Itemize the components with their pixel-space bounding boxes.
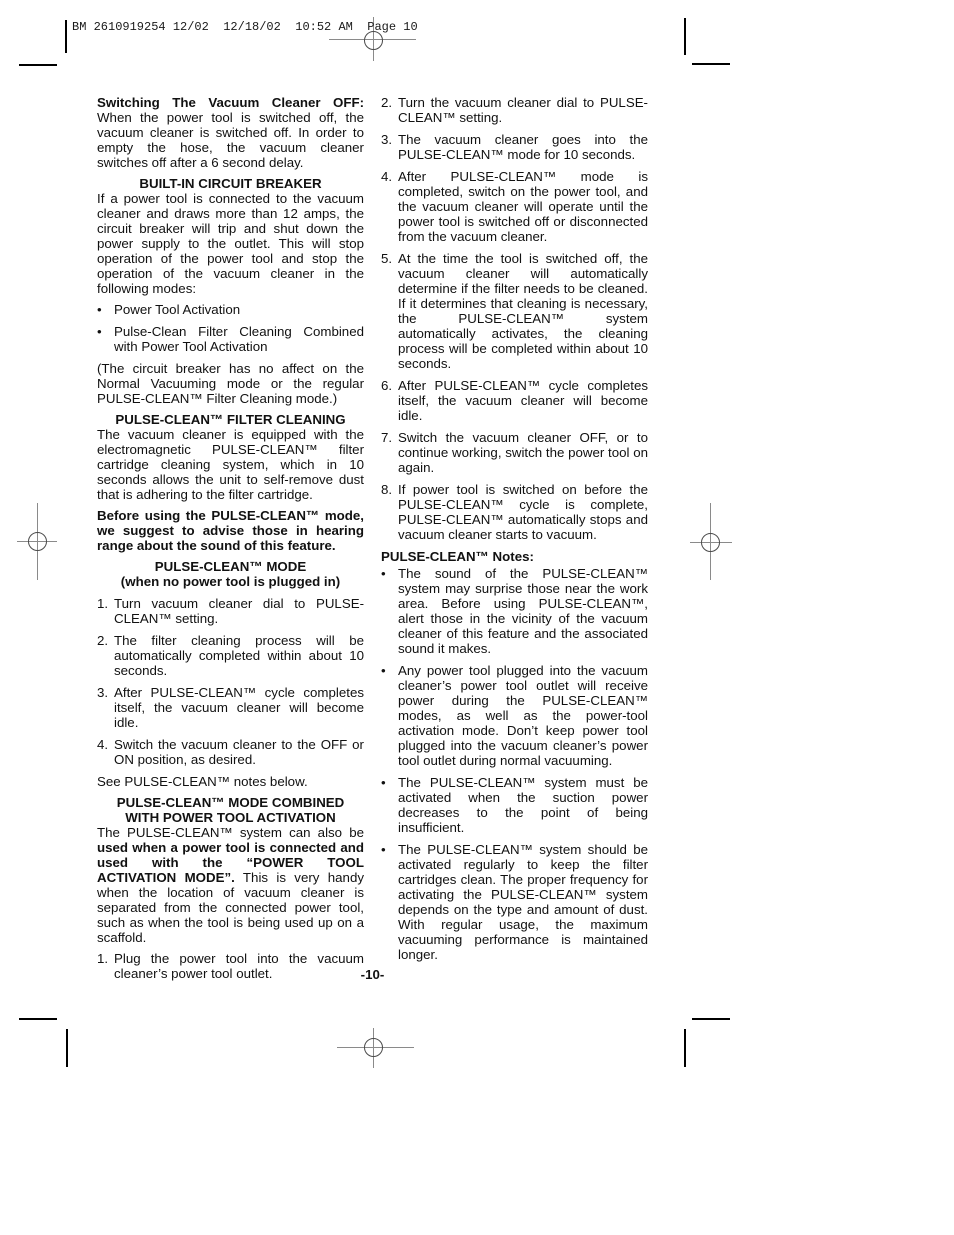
heading-pulse-clean-filter-cleaning: PULSE-CLEAN™ FILTER CLEANING	[97, 412, 364, 427]
manual-page: BM 2610919254 12/02 12/18/02 10:52 AM Pa…	[0, 0, 954, 1235]
step-item: 2. Turn the vacuum cleaner dial to PULSE…	[381, 95, 648, 125]
crop-mark-bottom-left-vertical	[66, 1029, 68, 1067]
bullet-icon: •	[381, 663, 398, 768]
paragraph-warning-hearing: Before using the PULSE-CLEAN™ mode, we s…	[97, 508, 364, 553]
bullet-icon: •	[97, 302, 114, 317]
paragraph-mode-combined: The PULSE-CLEAN™ system can also be used…	[97, 825, 364, 945]
note-bullet-item: • The PULSE-CLEAN™ system must be activa…	[381, 775, 648, 835]
note-bullet-item: • Any power tool plugged into the vacuum…	[381, 663, 648, 768]
crop-mark-top-right-horizontal	[692, 63, 730, 65]
step-item: 5. At the time the tool is switched off,…	[381, 251, 648, 371]
step-number: 4.	[97, 737, 114, 767]
step-item: 8. If power tool is switched on before t…	[381, 482, 648, 542]
step-number: 6.	[381, 378, 398, 423]
step-number: 2.	[381, 95, 398, 125]
crop-mark-top-right-vertical	[684, 18, 686, 55]
step-number: 1.	[97, 596, 114, 626]
note-bullet-item: • The PULSE-CLEAN™ system should be acti…	[381, 842, 648, 962]
paragraph-see-notes: See PULSE-CLEAN™ notes below.	[97, 774, 364, 789]
step-item: 6. After PULSE-CLEAN™ cycle completes it…	[381, 378, 648, 423]
step-number: 2.	[97, 633, 114, 678]
heading-pulse-clean-notes: PULSE-CLEAN™ Notes:	[381, 549, 648, 564]
crop-mark-bottom-left-horizontal	[19, 1018, 57, 1020]
step-number: 7.	[381, 430, 398, 475]
bullet-item: • Pulse-Clean Filter Cleaning Combined w…	[97, 324, 364, 354]
bullet-icon: •	[381, 566, 398, 656]
document-body: Switching The Vacuum Cleaner OFF: When t…	[97, 95, 648, 988]
heading-built-in-circuit-breaker: BUILT-IN CIRCUIT BREAKER	[97, 176, 364, 191]
print-job-header: BM 2610919254 12/02 12/18/02 10:52 AM Pa…	[72, 20, 418, 35]
paragraph-circuit-note: (The circuit breaker has no affect on th…	[97, 361, 364, 406]
right-column: 2. Turn the vacuum cleaner dial to PULSE…	[381, 95, 648, 988]
step-item: 4. Switch the vacuum cleaner to the OFF …	[97, 737, 364, 767]
heading-pulse-clean-mode: PULSE-CLEAN™ MODE	[97, 559, 364, 574]
heading-pulse-clean-mode-sub: (when no power tool is plugged in)	[97, 574, 364, 589]
step-item: 7. Switch the vacuum cleaner OFF, or to …	[381, 430, 648, 475]
step-number: 4.	[381, 169, 398, 244]
bullet-icon: •	[381, 775, 398, 835]
step-item: 2. The filter cleaning process will be a…	[97, 633, 364, 678]
heading-mode-combined-line2: WITH POWER TOOL ACTIVATION	[97, 810, 364, 825]
step-number: 3.	[381, 132, 398, 162]
step-number: 5.	[381, 251, 398, 371]
step-item: 3. After PULSE-CLEAN™ cycle completes it…	[97, 685, 364, 730]
heading-mode-combined-line1: PULSE-CLEAN™ MODE COMBINED	[97, 795, 364, 810]
paragraph-filter-cleaning: The vacuum cleaner is equipped with the …	[97, 427, 364, 502]
crop-mark-bottom-right-vertical	[684, 1029, 686, 1067]
crop-mark-top-left-horizontal	[19, 64, 57, 66]
left-column: Switching The Vacuum Cleaner OFF: When t…	[97, 95, 364, 988]
bullet-icon: •	[381, 842, 398, 962]
page-number: -10-	[97, 967, 648, 982]
step-number: 8.	[381, 482, 398, 542]
crop-mark-top-left-vertical	[65, 20, 67, 53]
step-item: 3. The vacuum cleaner goes into the PULS…	[381, 132, 648, 162]
crop-mark-bottom-right-horizontal	[692, 1018, 730, 1020]
bullet-item: • Power Tool Activation	[97, 302, 364, 317]
run-in-heading: Switching The Vacuum Cleaner OFF:	[97, 95, 364, 110]
note-bullet-item: • The sound of the PULSE-CLEAN™ system m…	[381, 566, 648, 656]
paragraph-switching-off: Switching The Vacuum Cleaner OFF: When t…	[97, 95, 364, 170]
step-item: 4. After PULSE-CLEAN™ mode is completed,…	[381, 169, 648, 244]
paragraph-circuit-breaker: If a power tool is connected to the vacu…	[97, 191, 364, 296]
step-number: 3.	[97, 685, 114, 730]
step-item: 1. Turn vacuum cleaner dial to PULSE-CLE…	[97, 596, 364, 626]
bullet-icon: •	[97, 324, 114, 354]
